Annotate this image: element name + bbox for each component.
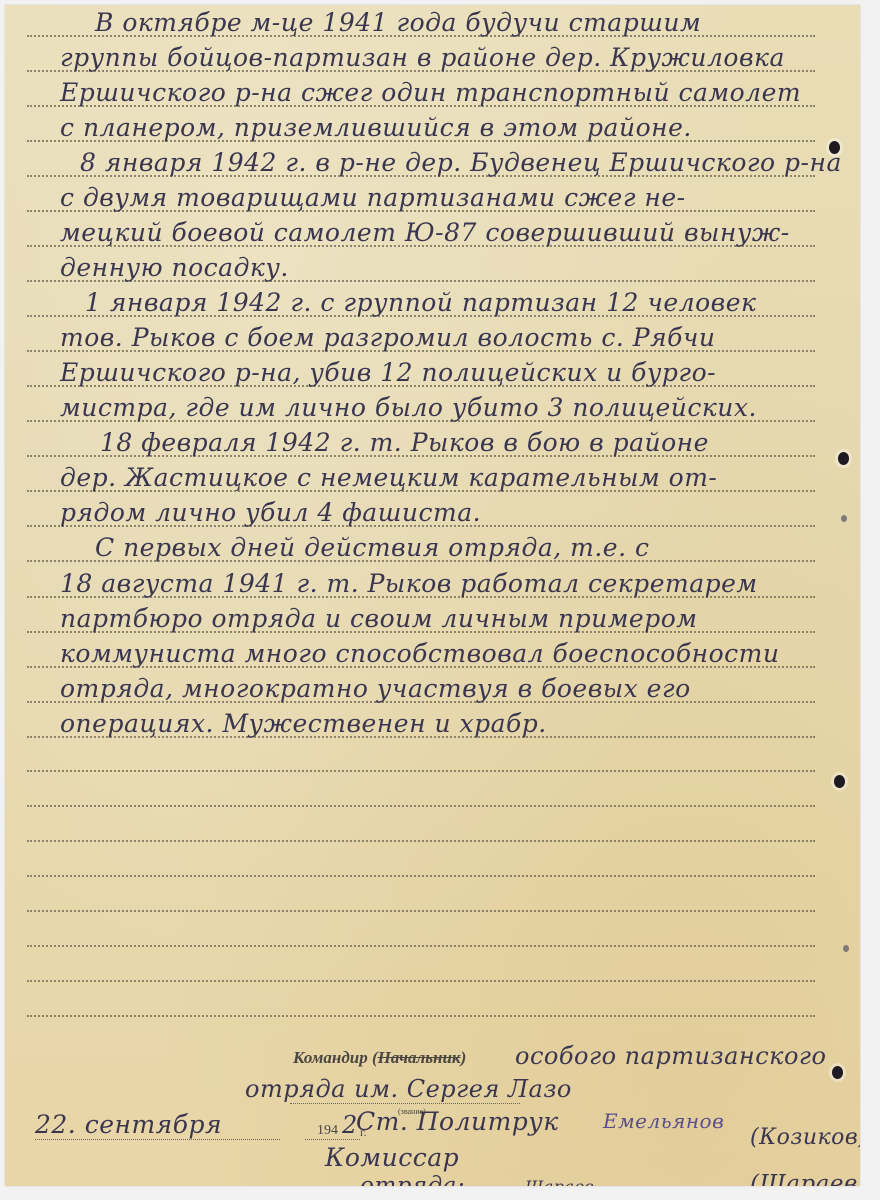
ruled-line bbox=[27, 770, 815, 772]
commander-name: (Козиков) bbox=[750, 1127, 860, 1149]
punch-hole bbox=[843, 945, 849, 952]
text-line: коммуниста много способствовал боеспособ… bbox=[60, 641, 779, 666]
document-page: В октябре м-це 1941 года будучи старшим … bbox=[5, 5, 860, 1186]
date-underline bbox=[35, 1139, 280, 1140]
punch-hole bbox=[841, 515, 847, 522]
signature-title-line2: отряда им. Сергея Лазо bbox=[245, 1077, 572, 1101]
text-line: операциях. Мужественен и храбр. bbox=[60, 711, 547, 736]
text-line: 18 августа 1941 г. т. Рыков работал секр… bbox=[60, 571, 758, 596]
commander-signature: Емельянов bbox=[603, 1111, 724, 1131]
text-line: Ершичского р-на сжег один транспортный с… bbox=[60, 80, 801, 105]
text-line: тов. Рыков с боем разгромил волость с. Р… bbox=[60, 325, 716, 350]
commissar-name: (Шараев bbox=[750, 1173, 858, 1186]
ruled-line bbox=[27, 1015, 815, 1017]
date-year-prefix: 194 bbox=[317, 1123, 338, 1139]
text-line: С первых дней действия отряда, т.е. с bbox=[95, 535, 650, 560]
text-line: с планером, приземлившийся в этом районе… bbox=[60, 115, 692, 140]
rank-handwritten: Ст. Политрук bbox=[356, 1109, 559, 1134]
punch-hole bbox=[834, 775, 845, 788]
ruled-line bbox=[27, 805, 815, 807]
text-line: партбюро отряда и своим личным примером bbox=[60, 606, 698, 631]
commissar-label-2: отряда: bbox=[360, 1175, 465, 1186]
text-line: отряда, многократно участвуя в боевых ег… bbox=[60, 676, 691, 701]
punch-hole bbox=[832, 1066, 843, 1079]
commissar-signature: Шараев bbox=[525, 1179, 594, 1186]
text-line: с двумя товарищами партизанами сжег не- bbox=[60, 185, 686, 210]
ruled-line bbox=[27, 945, 815, 947]
text-line: группы бойцов-партизан в районе дер. Кру… bbox=[60, 45, 785, 70]
ruled-line bbox=[27, 980, 815, 982]
date-day-month: 22. сентября bbox=[35, 1112, 222, 1137]
text-line: мистра, где им лично было убито 3 полице… bbox=[60, 395, 757, 420]
text-line: 18 февраля 1942 г. т. Рыков в бою в райо… bbox=[100, 430, 709, 455]
text-line: Ершичского р-на, убив 12 полицейских и б… bbox=[60, 360, 716, 385]
commissar-label: Комиссар bbox=[325, 1145, 459, 1170]
text-line: 1 января 1942 г. с группой партизан 12 ч… bbox=[85, 290, 756, 315]
year-underline bbox=[305, 1139, 360, 1140]
title-suffix: ) bbox=[461, 1048, 467, 1067]
text-line: денную посадку. bbox=[60, 255, 289, 280]
title-underline bbox=[290, 1103, 520, 1104]
text-line: В октябре м-це 1941 года будучи старшим bbox=[95, 10, 701, 35]
text-line: 8 января 1942 г. в р-не дер. Будвенец Ер… bbox=[80, 150, 842, 175]
text-line: дер. Жастицкое с немецким карательным от… bbox=[60, 465, 717, 490]
ruled-line bbox=[27, 910, 815, 912]
punch-hole bbox=[838, 452, 849, 465]
signature-title-printed: Командир (Начальник) bbox=[293, 1048, 466, 1068]
text-line: мецкий боевой самолет Ю-87 совершивший в… bbox=[60, 220, 790, 245]
title-prefix: Командир ( bbox=[293, 1048, 378, 1067]
title-struck-word: Начальник bbox=[378, 1048, 461, 1067]
text-line: рядом лично убил 4 фашиста. bbox=[60, 500, 481, 525]
ruled-line bbox=[27, 840, 815, 842]
ruled-line bbox=[27, 875, 815, 877]
signature-title-line1: особого партизанского bbox=[515, 1044, 827, 1068]
